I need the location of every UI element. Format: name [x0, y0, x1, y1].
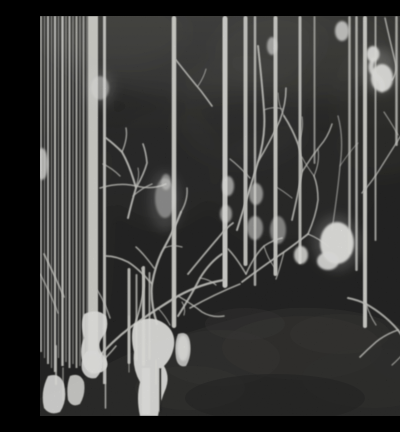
film-grain-layer	[40, 16, 400, 416]
grain-light	[40, 16, 400, 416]
photo-canvas	[40, 16, 400, 416]
stage-photograph: Monochrome photograph of a stage-set-lik…	[40, 16, 400, 416]
